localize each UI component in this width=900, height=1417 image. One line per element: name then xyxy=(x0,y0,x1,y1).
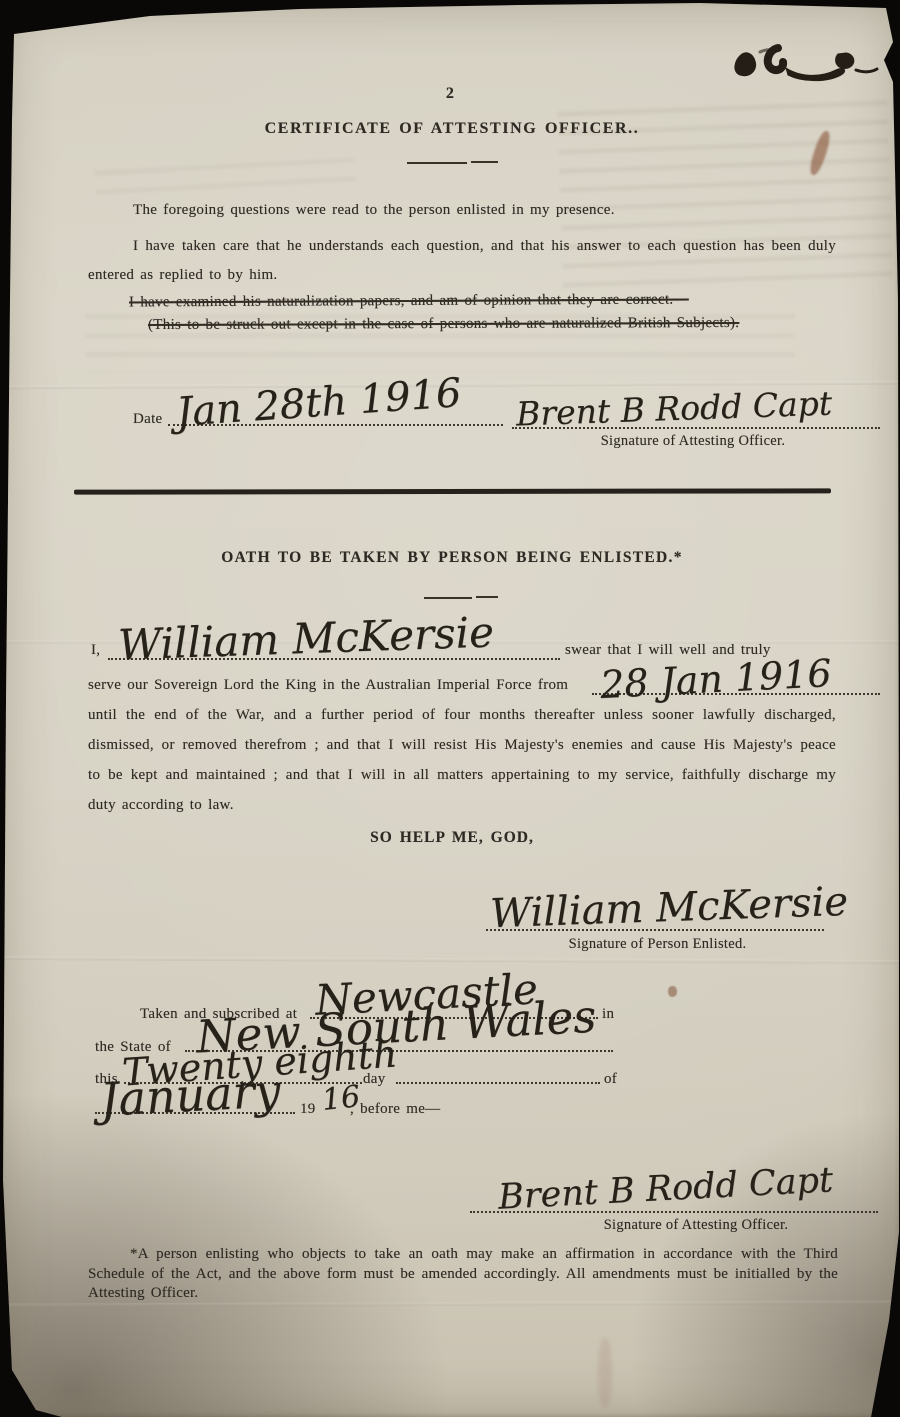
oath-line-4: dismissed, or removed therefrom ; and th… xyxy=(88,735,836,755)
oath-rule-short xyxy=(476,596,498,598)
oath-line-3: until the end of the War, and a further … xyxy=(88,705,836,725)
person-signature-caption: Signature of Person Enlisted. xyxy=(490,936,825,953)
oath-title: OATH TO BE TAKEN BY PERSON BEING ENLISTE… xyxy=(0,548,900,568)
title-rule-long xyxy=(407,162,467,164)
oath-rule-long xyxy=(424,597,472,599)
attesting-officer-signature: Brent B Rodd Capt xyxy=(516,386,833,430)
rust-stain xyxy=(668,986,677,997)
attesting-signature-caption: Signature of Attesting Officer. xyxy=(512,433,874,450)
title-rule-short xyxy=(471,161,498,163)
struck-out-line-1: I have examined his naturalization paper… xyxy=(129,290,689,313)
day-label: day xyxy=(363,1069,386,1089)
certificate-paragraph-1: The foregoing questions were read to the… xyxy=(88,200,836,220)
day-dotted-line-2 xyxy=(396,1082,600,1084)
page-number: 2 xyxy=(0,84,900,104)
ink-blot-scribble xyxy=(726,30,882,88)
oath-intro-prefix: I, xyxy=(91,640,100,660)
month-handwritten: January xyxy=(99,1067,282,1122)
before-me-label: , before me— xyxy=(350,1099,440,1119)
certificate-title: CERTIFICATE OF ATTESTING OFFICER.. xyxy=(0,119,900,139)
struck-out-line-2: (This to be struck out except in the cas… xyxy=(148,313,739,335)
affirmation-footnote: *A person enlisting who objects to take … xyxy=(88,1245,838,1304)
person-enlisted-signature: William McKersie xyxy=(489,882,848,934)
so-help-me-god-line: SO HELP ME, GOD, xyxy=(0,828,900,848)
attesting-officer-signature-2: Brent B Rodd Capt xyxy=(497,1163,834,1215)
oath-line-5: to be kept and maintained ; and that I w… xyxy=(88,765,836,785)
date-label: Date xyxy=(133,409,163,429)
oath-line-6: duty according to law. xyxy=(88,795,234,815)
bleedthrough-text-ghost xyxy=(94,143,356,209)
faint-stain xyxy=(598,1338,612,1408)
oath-line-2: serve our Sovereign Lord the King in the… xyxy=(88,675,568,695)
paper-crease xyxy=(0,956,900,964)
section-divider-rule xyxy=(74,488,831,494)
certificate-paragraph-2: I have taken care that he understands ea… xyxy=(88,232,836,290)
in-label: in xyxy=(602,1004,614,1024)
scanned-document: 2 CERTIFICATE OF ATTESTING OFFICER.. The… xyxy=(0,0,900,1417)
paper-sheet: 2 CERTIFICATE OF ATTESTING OFFICER.. The… xyxy=(0,0,900,1417)
oath-name-handwritten: William McKersie xyxy=(117,611,494,666)
attesting-signature2-caption: Signature of Attesting Officer. xyxy=(515,1217,877,1234)
oath-from-date-handwritten: 28 Jan 1916 xyxy=(599,654,832,704)
of-label: of xyxy=(604,1069,617,1089)
year-printed-prefix: 19 xyxy=(300,1099,316,1119)
